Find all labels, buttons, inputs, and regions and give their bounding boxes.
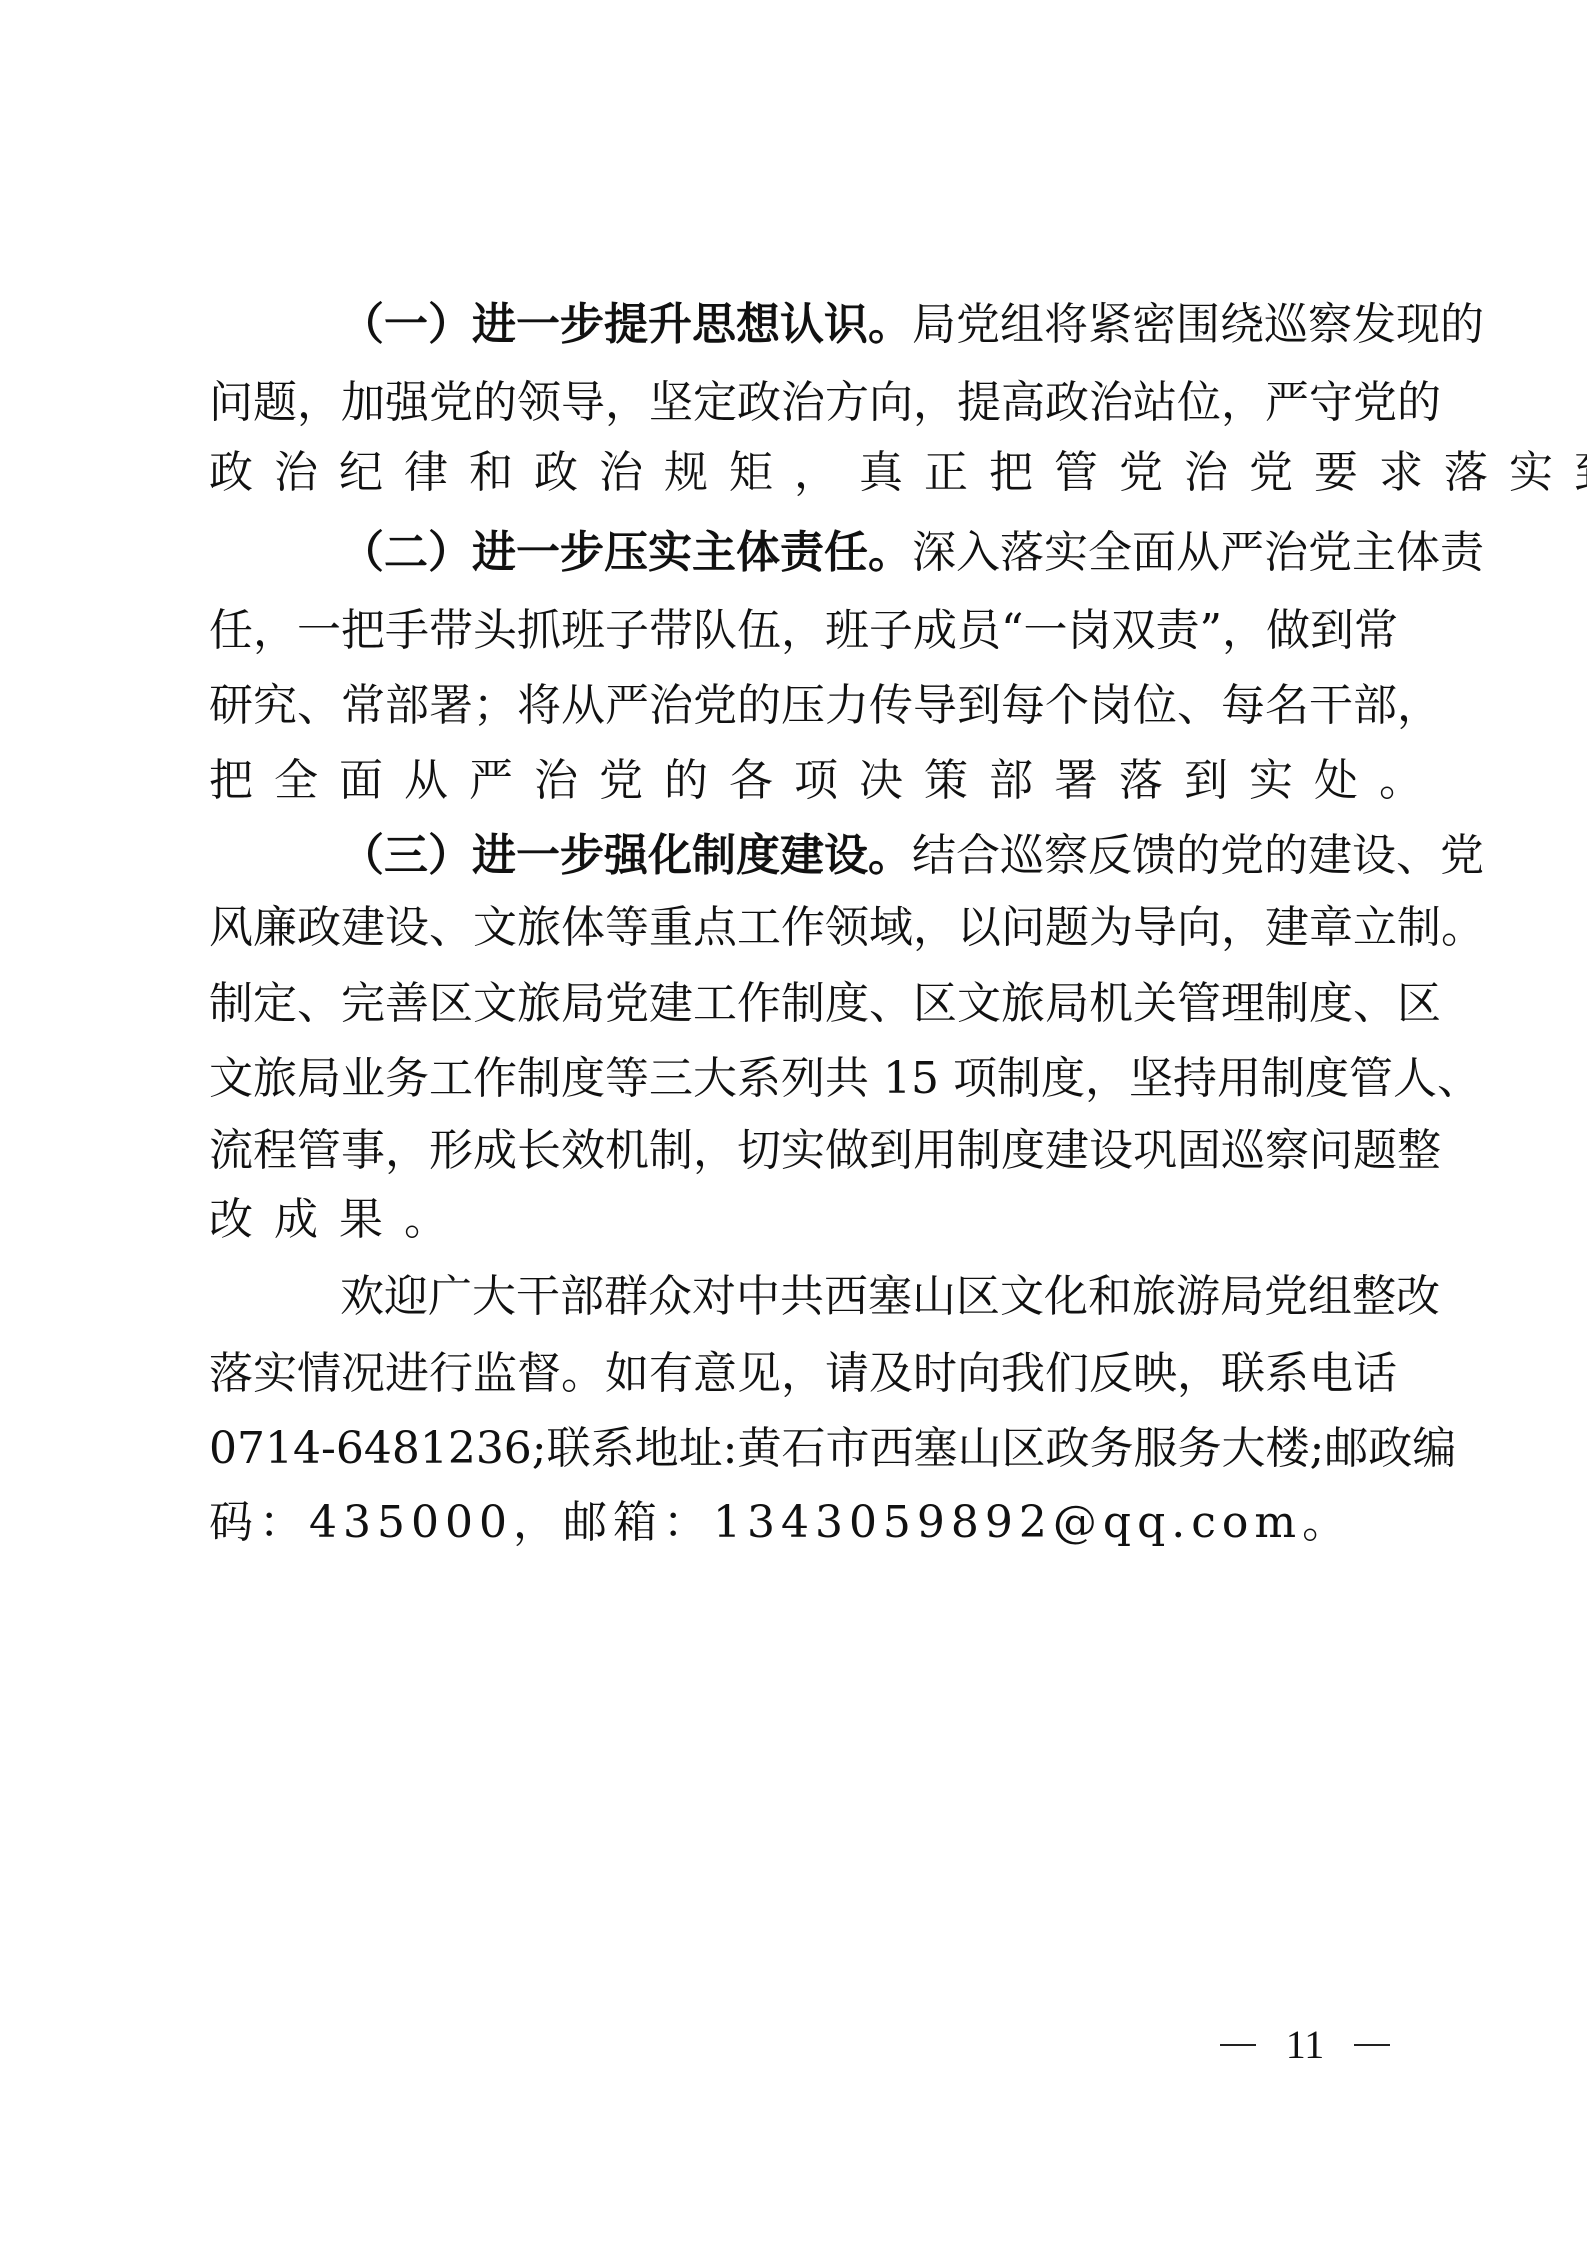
contact-line-1: 欢迎广大干部群众对中共西塞山区文化和旅游局党组整改 — [340, 1267, 1379, 1327]
document-page: （一）进一步提升思想认识。局党组将紧密围绕巡察发现的 问题，加强党的领导，坚定政… — [0, 0, 1587, 2245]
dash-right-icon — [1354, 2044, 1390, 2046]
section-2-line-3: 研究、常部署；将从严治党的压力传导到每个岗位、每名干部， — [209, 676, 1379, 736]
contact-line-2: 落实情况进行监督。如有意见，请及时向我们反映，联系电话 — [209, 1344, 1379, 1404]
section-3-line-2: 风廉政建设、文旅体等重点工作领域，以问题为导向，建章立制。 — [209, 898, 1379, 958]
section-1-line-2: 问题，加强党的领导，坚定政治方向，提高政治站位，严守党的 — [209, 373, 1379, 433]
section-2-line-4: 把全面从严治党的各项决策部署落到实处。 — [209, 751, 1379, 811]
section-3-line-4: 文旅局业务工作制度等三大系列共 15 项制度，坚持用制度管人、 — [209, 1049, 1379, 1109]
section-2-text: 深入落实全面从严治党主体责 — [912, 527, 1484, 578]
section-3-heading: （三）进一步强化制度建设。 — [340, 830, 912, 881]
section-3-text: 结合巡察反馈的党的建设、党 — [912, 830, 1484, 881]
section-1-heading: （一）进一步提升思想认识。 — [340, 299, 912, 350]
section-3-line-3: 制定、完善区文旅局党建工作制度、区文旅局机关管理制度、区 — [209, 974, 1379, 1034]
page-number: 11 — [1286, 2020, 1325, 2070]
dash-left-icon — [1220, 2044, 1256, 2046]
section-2-line-1: （二）进一步压实主体责任。深入落实全面从严治党主体责 — [340, 523, 1379, 583]
section-1-text: 局党组将紧密围绕巡察发现的 — [912, 299, 1484, 350]
section-3-line-1: （三）进一步强化制度建设。结合巡察反馈的党的建设、党 — [340, 826, 1379, 886]
contact-line-4: 码：435000，邮箱：1343059892@qq.com。 — [209, 1493, 1379, 1553]
section-3-line-5: 流程管事，形成长效机制，切实做到用制度建设巩固巡察问题整 — [209, 1121, 1379, 1181]
contact-line-3: 0714-6481236;联系地址:黄石市西塞山区政务服务大楼;邮政编 — [209, 1419, 1379, 1479]
section-3-line-6: 改成果。 — [209, 1190, 1379, 1250]
section-1-line-3: 政治纪律和政治规矩，真正把管党治党要求落实到位。 — [209, 443, 1379, 503]
section-2-line-2: 任，一把手带头抓班子带队伍，班子成员“一岗双责”，做到常 — [209, 601, 1379, 661]
page-number-footer: 11 — [1220, 2020, 1390, 2070]
section-2-heading: （二）进一步压实主体责任。 — [340, 527, 912, 578]
section-1-line-1: （一）进一步提升思想认识。局党组将紧密围绕巡察发现的 — [340, 295, 1379, 355]
